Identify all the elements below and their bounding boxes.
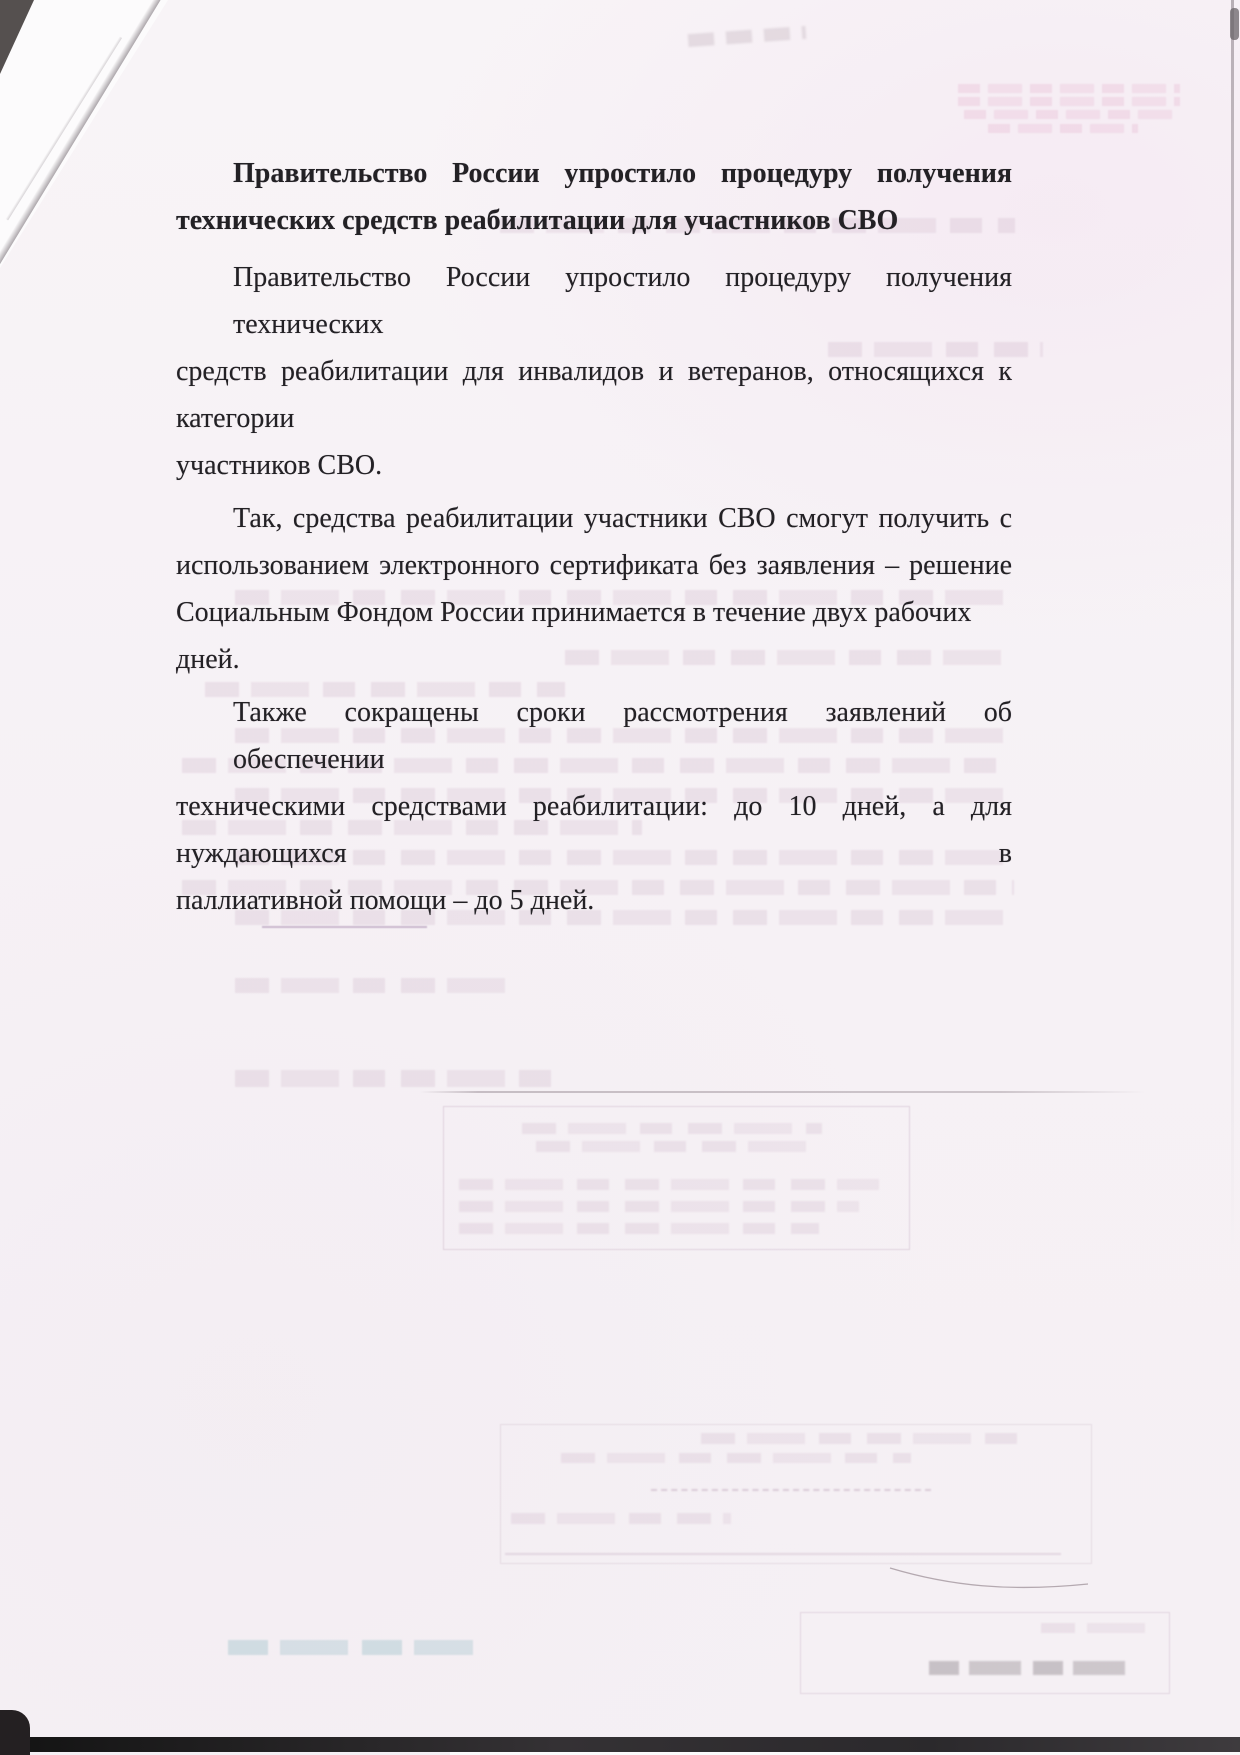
document-text: Правительство России упростило процедуру… — [176, 150, 1012, 924]
paragraph-3-line: паллиативной помощи – до 5 дней. — [176, 877, 1012, 924]
paper-edge-right — [1231, 0, 1234, 1250]
scan-speck — [1230, 8, 1239, 40]
scratch-line — [860, 1556, 1100, 1600]
paragraph-2-line: Социальным Фондом России принимается в т… — [176, 589, 1012, 683]
bleedthrough-block — [958, 84, 1180, 138]
folded-corner — [0, 0, 168, 268]
paragraph-3-line: Также сокращены сроки рассмотрения заявл… — [176, 689, 1012, 783]
bleedthrough-stamp-box — [800, 1612, 1170, 1694]
pencil-line — [420, 1091, 1145, 1093]
paragraph-1-line: участников СВО. — [176, 442, 1012, 489]
bleedthrough-form-box — [500, 1424, 1092, 1564]
bleedthrough-stamp-box — [443, 1106, 910, 1250]
paragraph-2-line: Так, средства реабилитации участники СВО… — [176, 495, 1012, 542]
bleedthrough-line — [235, 978, 505, 993]
title-line-1: Правительство России упростило процедуру… — [176, 150, 1012, 197]
paragraph-1-line: Правительство России упростило процедуру… — [176, 254, 1012, 348]
paragraph-3-line: техническими средствами реабилитации: до… — [176, 783, 1012, 877]
paragraph-1-line: средств реабилитации для инвалидов и вет… — [176, 348, 1012, 442]
bleedthrough-underline — [262, 926, 427, 928]
scanned-page: Правительство России упростило процедуру… — [0, 0, 1240, 1755]
scanner-edge-bottom — [0, 1737, 1240, 1752]
bleedthrough-line-teal — [228, 1640, 473, 1655]
title-line-2: технических средств реабилитации для уча… — [176, 197, 1012, 244]
paragraph-2-line: использованием электронного сертификата … — [176, 542, 1012, 589]
bleedthrough-line — [235, 1070, 565, 1087]
scanner-corner-blob — [0, 1710, 30, 1755]
bleedthrough-mark — [688, 26, 807, 47]
